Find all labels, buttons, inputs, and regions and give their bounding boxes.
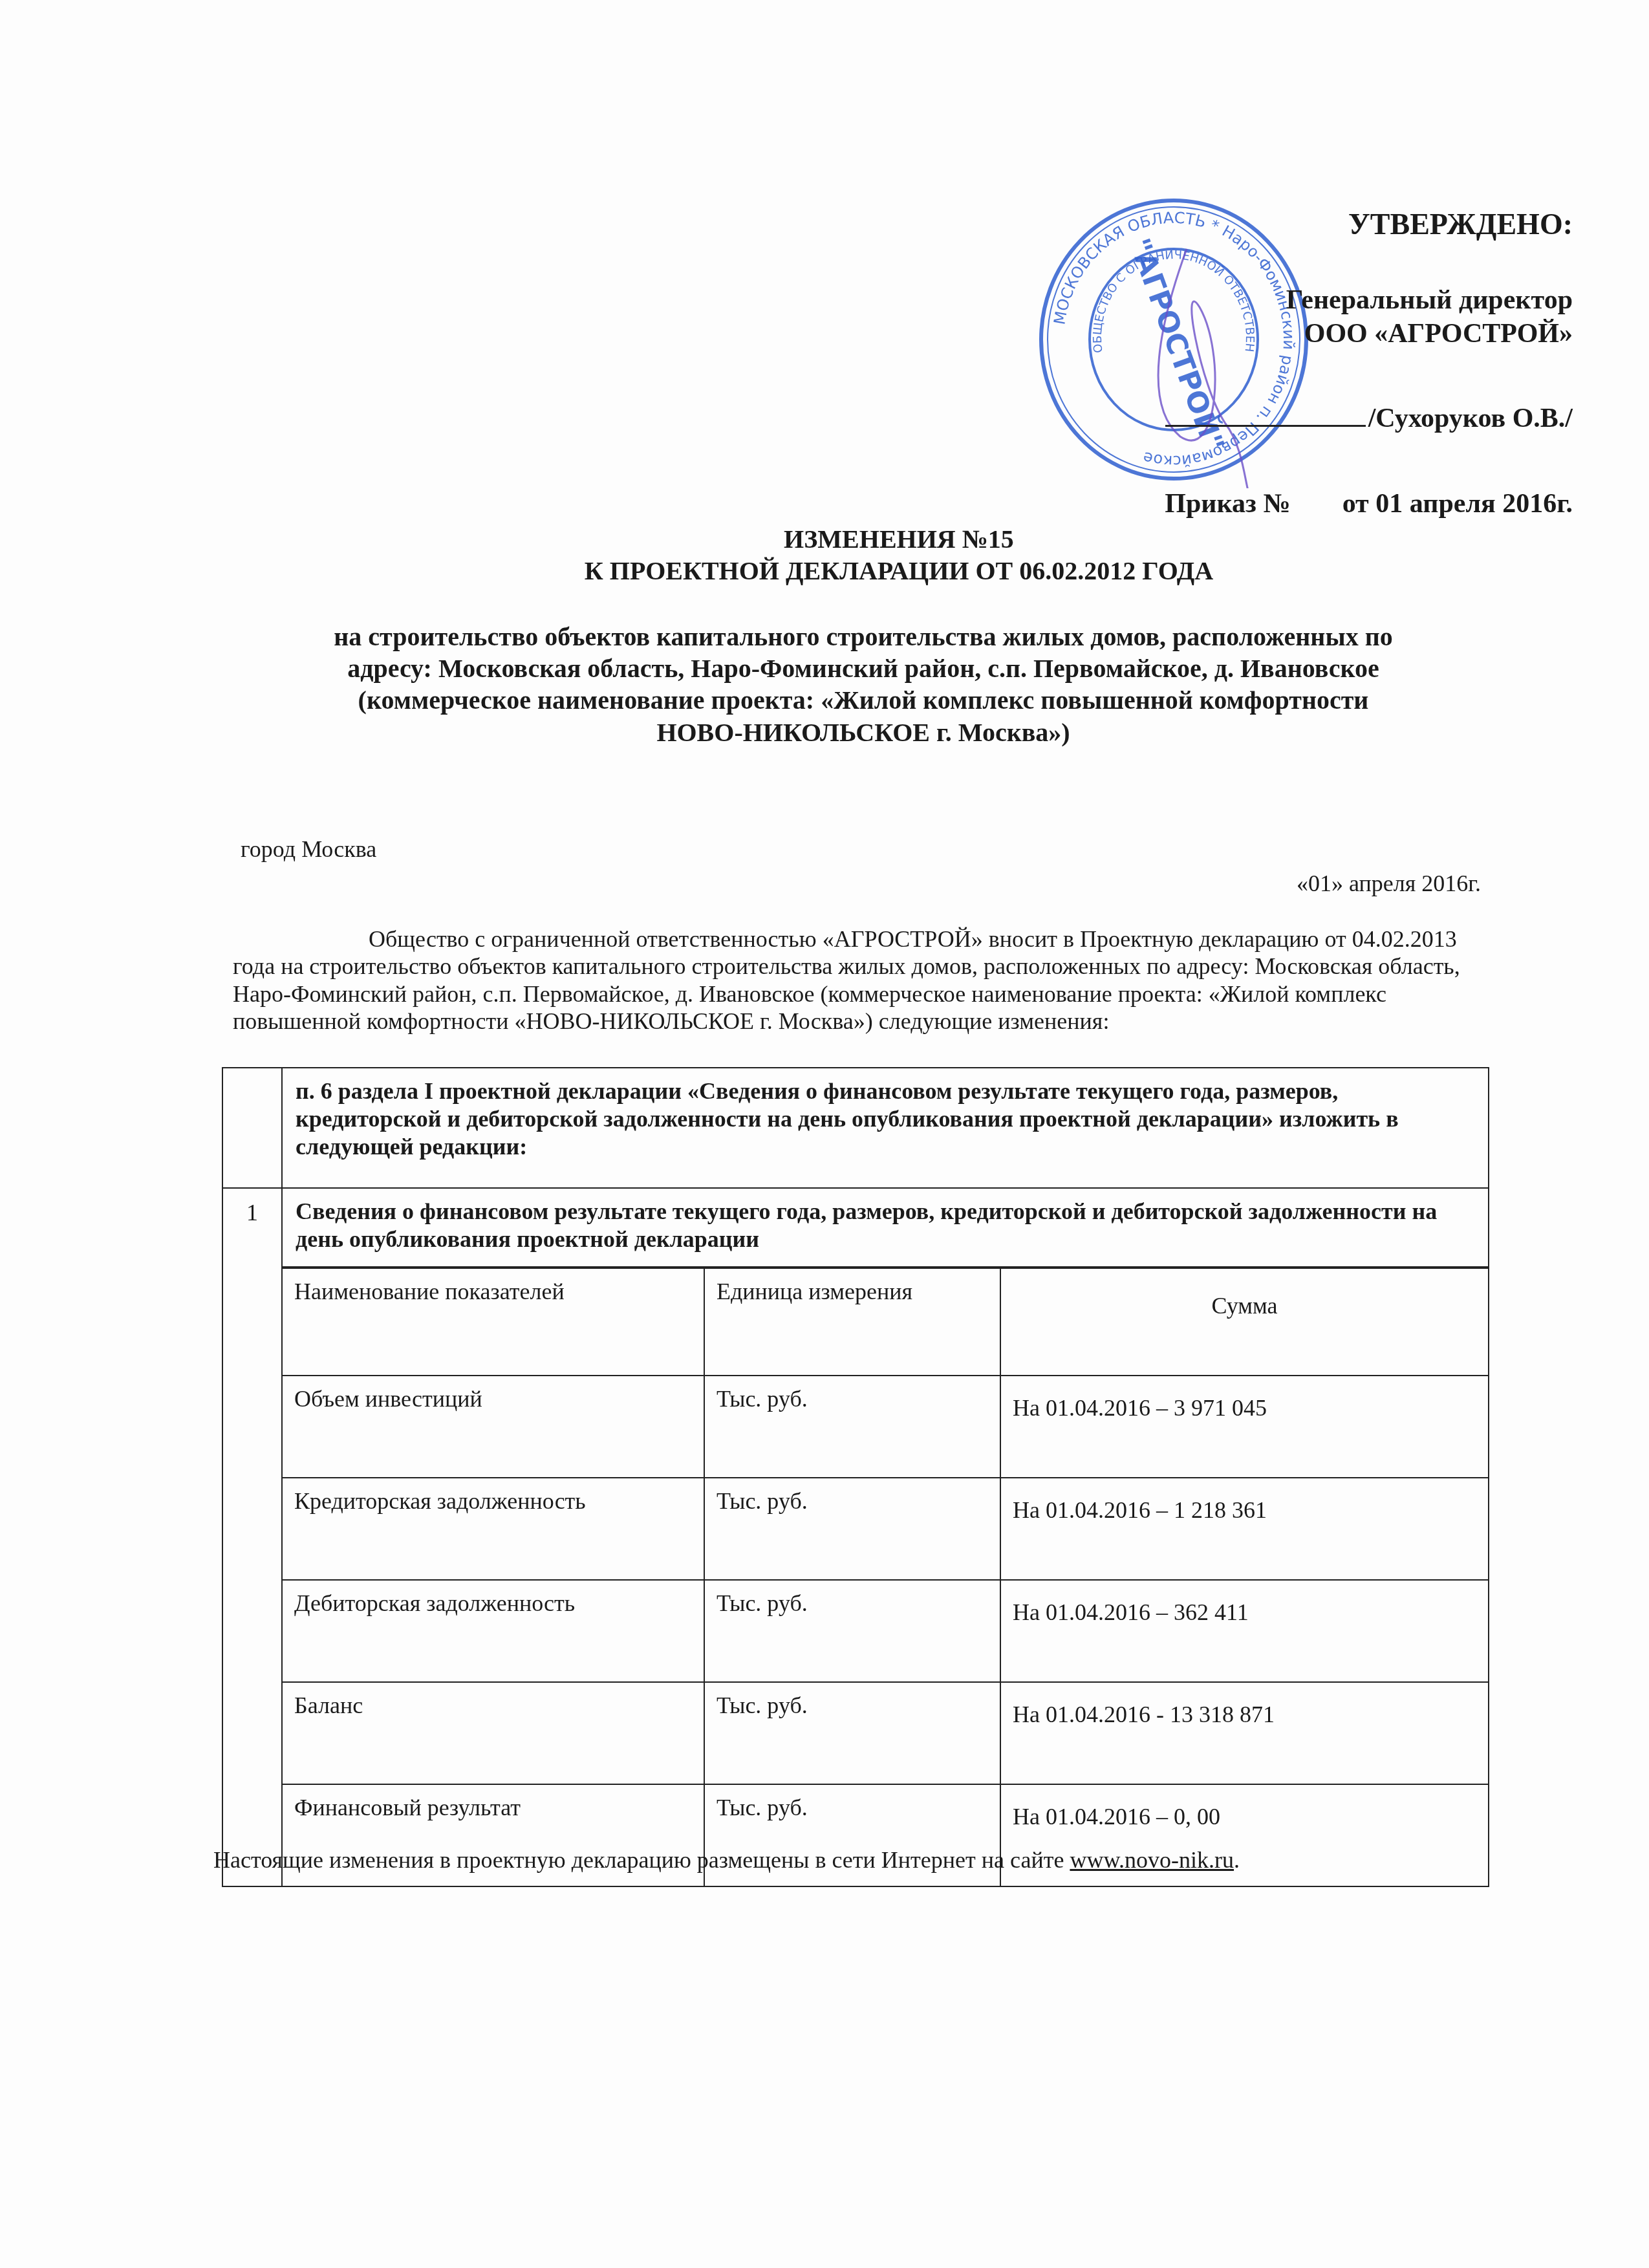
subtitle-line-1: на строительство объектов капитального с… xyxy=(226,621,1500,653)
table-row: Кредиторская задолженность Тыс. руб. На … xyxy=(283,1478,1488,1580)
order-date: от 01 апреля 2016г. xyxy=(1342,489,1573,519)
indicator-name: Кредиторская задолженность xyxy=(283,1478,704,1580)
column-header-sum: Сумма xyxy=(1000,1268,1488,1376)
document-date: «01» апреля 2016г. xyxy=(1297,870,1481,897)
approved-label: УТВЕРЖДЕНО: xyxy=(1165,206,1573,243)
item-number: 1 xyxy=(222,1188,282,1886)
signature-blank xyxy=(1165,425,1366,427)
indicator-unit: Тыс. руб. xyxy=(704,1682,1000,1784)
company-name: ООО «АГРОСТРОЙ» xyxy=(1165,317,1573,351)
footer-text: Настоящие изменения в проектную декларац… xyxy=(213,1847,1070,1873)
director-position: Генеральный директор xyxy=(1165,283,1573,318)
subtitle-line-2: адресу: Московская область, Наро-Фоминск… xyxy=(226,653,1500,684)
changes-table: п. 6 раздела I проектной декларации «Све… xyxy=(222,1067,1489,1887)
item-title: Сведения о финансовом результате текущег… xyxy=(282,1188,1489,1267)
column-header-unit: Единица измерения xyxy=(704,1268,1000,1376)
indicator-name: Баланс xyxy=(283,1682,704,1784)
indicator-value: На 01.04.2016 – 362 411 xyxy=(1000,1580,1488,1682)
subtitle-line-3: (коммерческое наименование проекта: «Жил… xyxy=(226,684,1500,716)
subtitle-line-4: НОВО-НИКОЛЬСКОЕ г. Москва») xyxy=(226,717,1500,748)
table-row: Дебиторская задолженность Тыс. руб. На 0… xyxy=(283,1580,1488,1682)
table-header-row: Наименование показателей Единица измерен… xyxy=(283,1268,1488,1376)
document-subtitle: на строительство объектов капитального с… xyxy=(226,621,1500,748)
financial-data-container: Наименование показателей Единица измерен… xyxy=(282,1267,1489,1886)
empty-number-cell xyxy=(222,1068,282,1188)
indicator-name: Объем инвестиций xyxy=(283,1376,704,1478)
footer-note: Настоящие изменения в проектную декларац… xyxy=(213,1846,1240,1874)
title-line-1: ИЗМЕНЕНИЯ №15 xyxy=(149,524,1649,556)
place: город Москва xyxy=(241,836,376,863)
document-page: МОСКОВСКАЯ ОБЛАСТЬ * Наро-Фоминский райо… xyxy=(0,0,1649,2268)
intro-paragraph: Общество с ограниченной ответственностью… xyxy=(233,925,1487,1035)
item-row: 1 Сведения о финансовом результате текущ… xyxy=(222,1188,1489,1267)
signature-line: /Сухоруков О.В./ xyxy=(1165,402,1573,436)
document-title: ИЗМЕНЕНИЯ №15 К ПРОЕКТНОЙ ДЕКЛАРАЦИИ ОТ … xyxy=(0,524,1649,587)
signer-name: /Сухоруков О.В./ xyxy=(1368,404,1573,433)
indicator-name: Дебиторская задолженность xyxy=(283,1580,704,1682)
indicator-value: На 01.04.2016 - 13 318 871 xyxy=(1000,1682,1488,1784)
indicator-unit: Тыс. руб. xyxy=(704,1478,1000,1580)
footer-suffix: . xyxy=(1234,1847,1240,1873)
approval-block: УТВЕРЖДЕНО: Генеральный директор ООО «АГ… xyxy=(1165,206,1573,521)
title-line-2: К ПРОЕКТНОЙ ДЕКЛАРАЦИИ ОТ 06.02.2012 ГОД… xyxy=(149,556,1649,587)
table-row: Объем инвестиций Тыс. руб. На 01.04.2016… xyxy=(283,1376,1488,1478)
table-row: Баланс Тыс. руб. На 01.04.2016 - 13 318 … xyxy=(283,1682,1488,1784)
indicator-value: На 01.04.2016 – 3 971 045 xyxy=(1000,1376,1488,1478)
financial-data-table: Наименование показателей Единица измерен… xyxy=(283,1268,1488,1886)
indicator-unit: Тыс. руб. xyxy=(704,1580,1000,1682)
section-header-row: п. 6 раздела I проектной декларации «Све… xyxy=(222,1068,1489,1188)
order-label: Приказ № xyxy=(1165,489,1290,519)
indicator-value: На 01.04.2016 – 1 218 361 xyxy=(1000,1478,1488,1580)
column-header-name: Наименование показателей xyxy=(283,1268,704,1376)
website-link[interactable]: www.novo-nik.ru xyxy=(1070,1847,1234,1873)
indicator-unit: Тыс. руб. xyxy=(704,1376,1000,1478)
section-header-text: п. 6 раздела I проектной декларации «Све… xyxy=(282,1068,1489,1188)
order-line: Приказ №от 01 апреля 2016г. xyxy=(1165,487,1573,521)
